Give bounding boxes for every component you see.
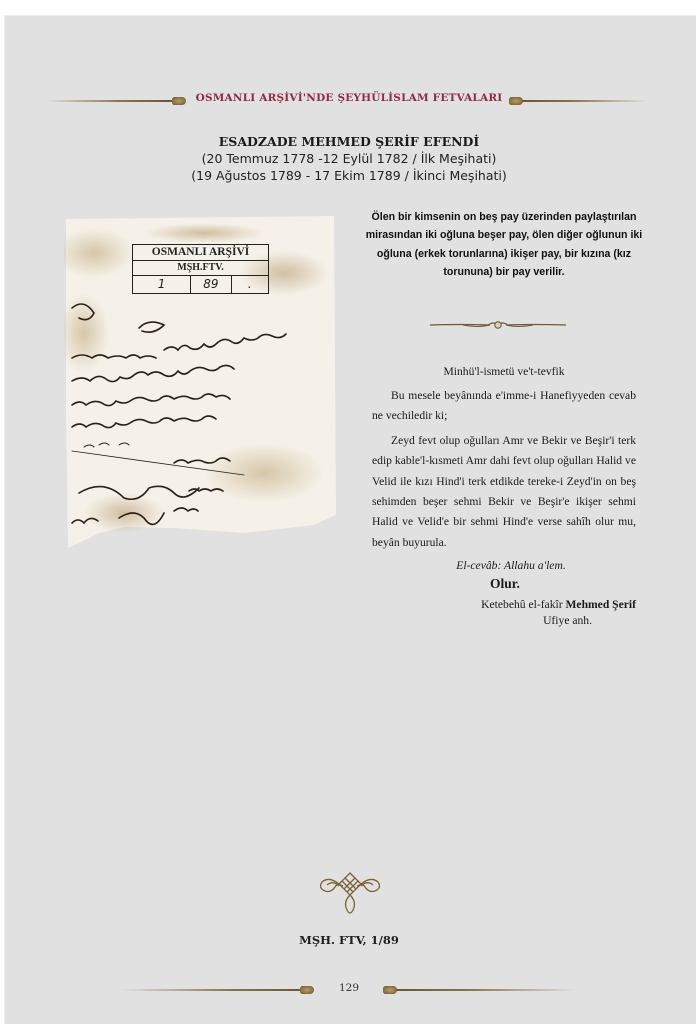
fatwa-answer-block: El-cevâb: Allahu a'lem. Olur. Ketebehû e… [372,557,636,628]
archive-reference: MŞH. FTV, 1/89 [0,933,698,947]
signature-prefix: Ketebehû el-fakîr [481,598,565,611]
answer-intro: El-cevâb: Allahu a'lem. [372,557,636,574]
stamp-cell-folder: 1 [133,276,191,293]
running-header-title: OSMANLI ARŞİVİ'NDE ŞEYHÜLİSLAM FETVALARI [0,92,698,104]
stamp-collection-code: MŞH.FTV. [133,261,268,276]
stamp-number-row: 1 89 . [133,276,268,293]
ring-divider-icon [428,317,568,327]
author-term-first: (20 Temmuz 1778 -12 Eylül 1782 / İlk Meş… [0,150,698,167]
fatwa-question-intro: Bu mesele beyânında e'imme-i Hanefiyyede… [372,386,636,427]
author-term-second: (19 Ağustos 1789 - 17 Ekim 1789 / İkinci… [0,167,698,184]
stamp-archive-name: OSMANLI ARŞİVİ [133,245,268,261]
invocation: Minhü'l-ismetü ve't-tevfik [372,363,636,380]
fatwa-question-body: Zeyd fevt olup oğulları Amr ve Bekir ve … [372,431,636,553]
signature-suffix: Ufiye anh. [372,613,636,628]
archive-stamp: OSMANLI ARŞİVİ MŞH.FTV. 1 89 . [132,244,269,294]
author-block: ESADZADE MEHMED ŞERİF EFENDİ (20 Temmuz … [0,133,698,184]
signature-line: Ketebehû el-fakîr Mehmed Şerif [372,596,636,613]
fatwa-summary: Ölen bir kimsenin on beş pay üzerinden p… [355,208,653,281]
answer: Olur. [372,574,636,594]
author-name: ESADZADE MEHMED ŞERİF EFENDİ [0,133,698,150]
signature-name: Mehmed Şerif [565,598,636,611]
page-number: 129 [0,982,698,994]
stamp-cell-extra: . [232,276,268,293]
stamp-cell-document: 89 [191,276,231,293]
endless-knot-icon [317,870,383,918]
fatwa-text: Minhü'l-ismetü ve't-tevfik Bu mesele bey… [372,363,636,557]
